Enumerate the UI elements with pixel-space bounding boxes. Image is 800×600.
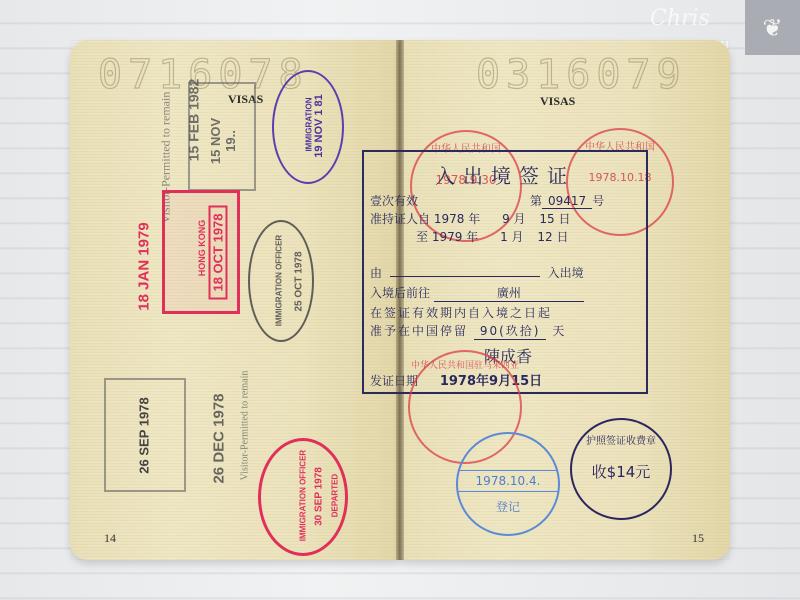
stamp-immigration-arrived: IMMIGRATION 19 NOV 1 81: [272, 70, 344, 184]
laurel-lion-crest-icon: ❦: [745, 0, 800, 55]
watermark-signature: Chris: [650, 6, 710, 31]
visa-stay-days: 90(玖拾): [474, 322, 547, 340]
stamp-date-2: 26 DEC 1978: [211, 393, 228, 483]
stamp-hongkong-box-2: 26 SEP 1978: [104, 378, 186, 492]
visa-validity: 壹次有效: [370, 194, 418, 208]
stamp-immigration-departed-red: IMMIGRATION OFFICER 30 SEP 1978 DEPARTED: [258, 438, 348, 556]
visa-valid-to-year: 1979: [432, 230, 463, 244]
page-number: 14: [104, 531, 116, 546]
stamp-hongkong-box: 15 NOV 19..: [188, 82, 256, 191]
visitor-permit-text-2: Visitor-Permitted to remain: [239, 371, 250, 481]
stamp-visa-fee: 护照签证收费章 收$14元: [570, 418, 672, 520]
visa-valid-from-year: 1978: [434, 212, 465, 226]
visa-destination: 廣州: [434, 284, 584, 302]
stamp-hongkong-red-box: HONG KONG 18 OCT 1978: [162, 190, 240, 314]
page-number: 15: [692, 531, 704, 546]
stamp-red-date: 18 JAN 1979: [136, 222, 153, 310]
perforated-number: 0316079: [476, 52, 687, 98]
stamp-immigration-departed: IMMIGRATION OFFICER 25 OCT 1978: [248, 220, 314, 342]
passport-page-left: 0716078 VISAS Visitor-Permitted to remai…: [70, 40, 400, 560]
stamp-registration: 1978.10.4. 登记: [456, 432, 560, 536]
page-header: VISAS: [540, 94, 575, 109]
visa-number: 09417: [542, 194, 592, 209]
visa-title: 入出境签证: [364, 160, 646, 189]
